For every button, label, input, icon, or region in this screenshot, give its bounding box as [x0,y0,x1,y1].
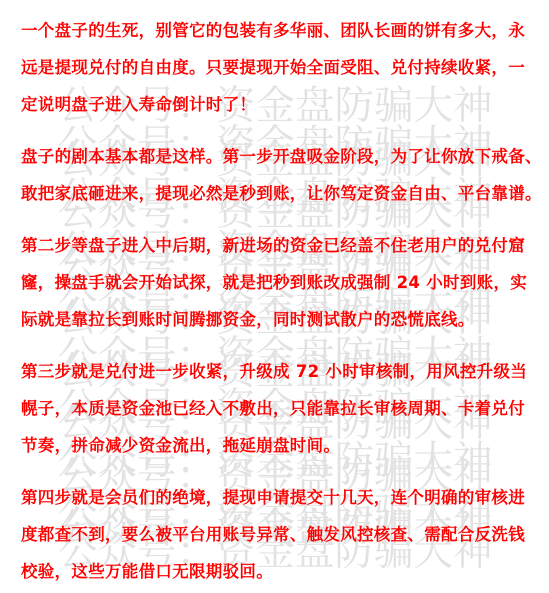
text-line: 第三步就是兑付进一步收紧，升级成 72 小时审核制，用风控升级当 [21,353,521,390]
text-line: 一个盘子的生死，别管它的包装有多华丽、团队长画的饼有多大，永 [21,12,521,49]
article-body: 一个盘子的生死，别管它的包装有多华丽、团队长画的饼有多大，永 远是提现兑付的自由… [21,12,521,590]
text-line: 盘子的剧本基本都是这样。第一步开盘吸金阶段，为了让你放下戒备、 [21,138,521,175]
text-line: 际就是靠拉长到账时间腾挪资金，同时测试散户的恐慌底线。 [21,301,521,338]
text-line: 窿，操盘手就会开始试探，就是把秒到账改成强制 24 小时到账，实 [21,264,521,301]
paragraph-step-two: 第二步等盘子进入中后期，新进场的资金已经盖不住老用户的兑付窟 窿，操盘手就会开始… [21,227,521,338]
text-line: 度都查不到，要么被平台用账号异常、触发风控核查、需配合反洗钱 [21,516,521,553]
text-line: 定说明盘子进入寿命倒计时了！ [21,86,521,123]
text-line: 第二步等盘子进入中后期，新进场的资金已经盖不住老用户的兑付窟 [21,227,521,264]
text-line: 第四步就是会员们的绝境，提现申请提交十几天，连个明确的审核进 [21,479,521,516]
paragraph-step-four: 第四步就是会员们的绝境，提现申请提交十几天，连个明确的审核进 度都查不到，要么被… [21,479,521,590]
text-line: 校验，这些万能借口无限期驳回。 [21,553,521,590]
paragraph-intro: 一个盘子的生死，别管它的包装有多华丽、团队长画的饼有多大，永 远是提现兑付的自由… [21,12,521,123]
text-line: 幌子，本质是资金池已经入不敷出，只能靠拉长审核周期、卡着兑付 [21,390,521,427]
paragraph-step-three: 第三步就是兑付进一步收紧，升级成 72 小时审核制，用风控升级当 幌子，本质是资… [21,353,521,464]
paragraph-step-one: 盘子的剧本基本都是这样。第一步开盘吸金阶段，为了让你放下戒备、 敢把家底砸进来，… [21,138,521,212]
text-line: 节奏，拼命减少资金流出，拖延崩盘时间。 [21,427,521,464]
text-line: 远是提现兑付的自由度。只要提现开始全面受阻、兑付持续收紧，一 [21,49,521,86]
text-line: 敢把家底砸进来，提现必然是秒到账，让你笃定资金自由、平台靠谱。 [21,175,521,212]
